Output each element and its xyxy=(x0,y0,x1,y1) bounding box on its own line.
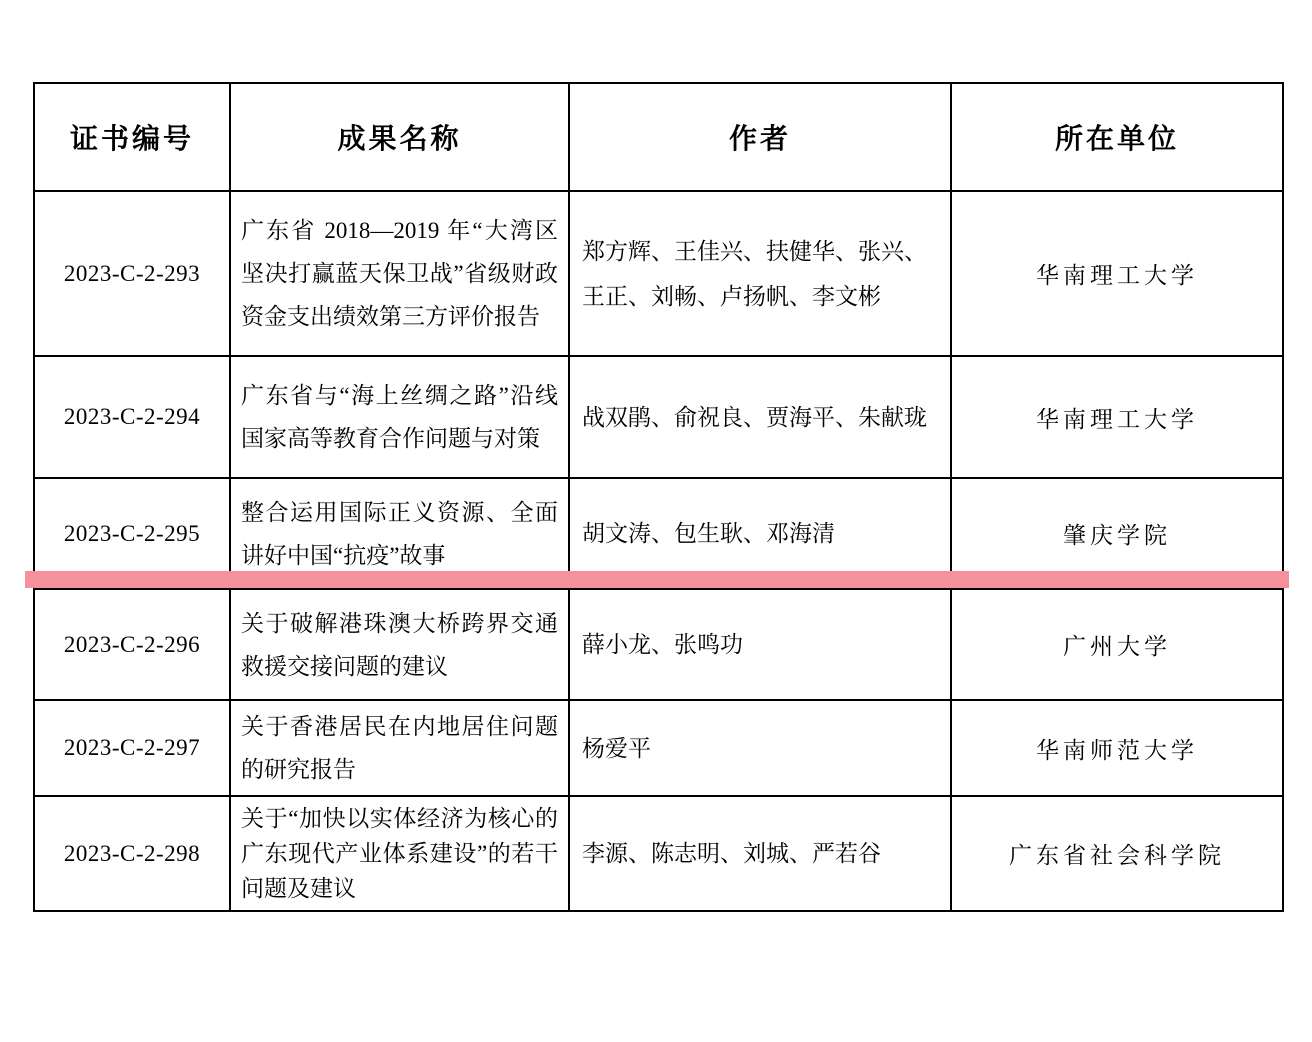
authors-cell: 郑方辉、王佳兴、扶健华、张兴、王正、刘畅、卢扬帆、李文彬 xyxy=(569,191,951,356)
authors-cell: 薛小龙、张鸣功 xyxy=(569,589,951,700)
achievement-title-cell: 关于破解港珠澳大桥跨界交通救援交接问题的建议 xyxy=(230,589,569,700)
cert-number-cell: 2023-C-2-294 xyxy=(34,356,230,478)
cert-number-cell: 2023-C-2-293 xyxy=(34,191,230,356)
table-row: 2023-C-2-294 广东省与“海上丝绸之路”沿线国家高等教育合作问题与对策… xyxy=(34,356,1283,478)
highlight-bar xyxy=(25,571,1289,588)
table-row: 2023-C-2-298 关于“加快以实体经济为核心的广东现代产业体系建设”的若… xyxy=(34,796,1283,911)
authors-cell: 战双鹃、俞祝良、贾海平、朱献珑 xyxy=(569,356,951,478)
col-header-achievement-name: 成果名称 xyxy=(230,83,569,191)
cert-number-cell: 2023-C-2-297 xyxy=(34,700,230,796)
achievement-title-cell: 关于香港居民在内地居住问题的研究报告 xyxy=(230,700,569,796)
col-header-affiliation: 所在单位 xyxy=(951,83,1283,191)
affiliation-cell: 广州大学 xyxy=(951,589,1283,700)
affiliation-cell: 华南理工大学 xyxy=(951,356,1283,478)
affiliation-cell: 华南理工大学 xyxy=(951,191,1283,356)
affiliation-cell: 华南师范大学 xyxy=(951,700,1283,796)
table-row: 2023-C-2-296 关于破解港珠澳大桥跨界交通救援交接问题的建议 薛小龙、… xyxy=(34,589,1283,700)
col-header-cert-number: 证书编号 xyxy=(34,83,230,191)
awards-table: 证书编号 成果名称 作者 所在单位 2023-C-2-293 广东省 2018—… xyxy=(33,82,1284,912)
document-page: 证书编号 成果名称 作者 所在单位 2023-C-2-293 广东省 2018—… xyxy=(0,0,1312,1042)
table-row: 2023-C-2-293 广东省 2018—2019 年“大湾区坚决打赢蓝天保卫… xyxy=(34,191,1283,356)
affiliation-cell: 广东省社会科学院 xyxy=(951,796,1283,911)
achievement-title-cell: 广东省与“海上丝绸之路”沿线国家高等教育合作问题与对策 xyxy=(230,356,569,478)
authors-cell: 李源、陈志明、刘城、严若谷 xyxy=(569,796,951,911)
cert-number-cell: 2023-C-2-296 xyxy=(34,589,230,700)
col-header-authors: 作者 xyxy=(569,83,951,191)
cert-number-cell: 2023-C-2-298 xyxy=(34,796,230,911)
achievement-title-cell: 广东省 2018—2019 年“大湾区坚决打赢蓝天保卫战”省级财政资金支出绩效第… xyxy=(230,191,569,356)
header-row: 证书编号 成果名称 作者 所在单位 xyxy=(34,83,1283,191)
authors-cell: 杨爱平 xyxy=(569,700,951,796)
table-row: 2023-C-2-297 关于香港居民在内地居住问题的研究报告 杨爱平 华南师范… xyxy=(34,700,1283,796)
achievement-title-cell: 关于“加快以实体经济为核心的广东现代产业体系建设”的若干问题及建议 xyxy=(230,796,569,911)
